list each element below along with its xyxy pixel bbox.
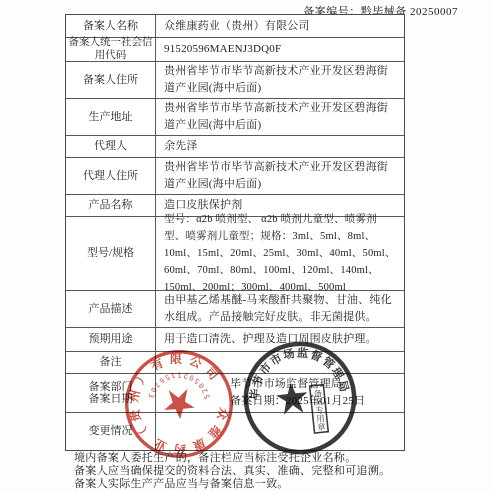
table-row-model-spec: 型号/规格 型号：α2b 喷剂型、 α2b 喷剂儿童型、喷雾剂型、喷雾剂儿童型；…	[66, 217, 404, 291]
table-row-agent-address: 代理人住所 贵州省毕节市毕节高新技术产业开发区碧海街道产业园(海中后面)	[66, 158, 404, 195]
registration-table: 备案人名称 众维康药业（贵州）有限公司 备案人统一社会信用代码 91520596…	[65, 14, 405, 451]
value-text: 众维康药业（贵州）有限公司	[164, 18, 398, 35]
value-text: 用于造口清洗、护理及造口周围皮肤护理。	[164, 331, 398, 348]
row-label: 备案人名称	[66, 15, 156, 37]
row-value	[156, 352, 404, 373]
footnotes: 境内备案人委托生产的，备注栏应当标注受托企业名称。 备案人应当确保提交的资料合法…	[74, 452, 474, 491]
table-row-intended-use: 预期用途 用于造口清洗、护理及造口周围皮肤护理。	[66, 328, 404, 352]
row-label: 代理人住所	[66, 158, 156, 194]
row-label: 生产地址	[66, 99, 156, 135]
row-label: 备案部门 备案日期	[66, 374, 156, 412]
value-text: 91520596MAENJ3DQ0F	[164, 41, 398, 58]
row-value: 众维康药业（贵州）有限公司	[156, 15, 404, 37]
row-label: 代理人	[66, 136, 156, 157]
row-label: 备案人统一社会信用代码	[66, 38, 156, 61]
table-row-filing-dept-date: 备案部门 备案日期 毕节市市场监督管理局 备案日期：2025年01月25日	[66, 374, 404, 413]
row-label: 备注	[66, 352, 156, 373]
value-text: 型号：α2b 喷剂型、 α2b 喷剂儿童型、喷雾剂型、喷雾剂儿童型；规格：3ml…	[164, 211, 398, 296]
value-text: 余先泽	[164, 138, 398, 155]
row-label: 型号/规格	[66, 217, 156, 290]
label-line: 备案日期	[89, 393, 133, 406]
footnote-line: 备案人应当确保提交的资料合法、真实、准确、完整和可追溯。	[74, 465, 474, 478]
footnote-line: 备案人实际生产产品应当与备案信息一致。	[74, 478, 474, 491]
row-value: 贵州省毕节市毕节高新技术产业开发区碧海街道产业园(海中后面)	[156, 158, 404, 194]
row-value	[156, 413, 404, 450]
value-text: 贵州省毕节市毕节高新技术产业开发区碧海街道产业园(海中后面)	[164, 159, 398, 193]
table-row-product-description: 产品描述 由甲基乙烯基醚-马来酸酐共聚物、甘油、纯化水组成。产品接触完好皮肤。非…	[66, 291, 404, 328]
row-value: 用于造口清洗、护理及造口周围皮肤护理。	[156, 328, 404, 351]
row-label: 产品名称	[66, 195, 156, 216]
filing-dept-text: 毕节市市场监督管理局	[164, 376, 398, 393]
label-line: 备案部门	[89, 381, 133, 394]
row-value: 余先泽	[156, 136, 404, 157]
table-row-agent: 代理人 余先泽	[66, 136, 404, 158]
row-value: 贵州省毕节市毕节高新技术产业开发区碧海街道产业园(海中后面)	[156, 62, 404, 98]
table-row-applicant-name: 备案人名称 众维康药业（贵州）有限公司	[66, 15, 404, 38]
filing-date-text: 备案日期：2025年01月25日	[164, 393, 398, 410]
row-label: 预期用途	[66, 328, 156, 351]
value-text: 贵州省毕节市毕节高新技术产业开发区碧海街道产业园(海中后面)	[164, 63, 398, 97]
value-text: 由甲基乙烯基醚-马来酸酐共聚物、甘油、纯化水组成。产品接触完好皮肤。非无菌提供。	[164, 292, 398, 326]
table-row-production-address: 生产地址 贵州省毕节市毕节高新技术产业开发区碧海街道产业园(海中后面)	[66, 99, 404, 136]
row-label: 产品描述	[66, 291, 156, 327]
row-label: 变更情况	[66, 413, 156, 450]
table-row-remarks: 备注	[66, 352, 404, 374]
footnote-line: 境内备案人委托生产的，备注栏应当标注受托企业名称。	[74, 452, 474, 465]
row-value: 型号：α2b 喷剂型、 α2b 喷剂儿童型、喷雾剂型、喷雾剂儿童型；规格：3ml…	[156, 217, 404, 290]
row-label: 备案人住所	[66, 62, 156, 98]
value-text: 贵州省毕节市毕节高新技术产业开发区碧海街道产业园(海中后面)	[164, 100, 398, 134]
row-value: 由甲基乙烯基醚-马来酸酐共聚物、甘油、纯化水组成。产品接触完好皮肤。非无菌提供。	[156, 291, 404, 327]
table-row-change-status: 变更情况	[66, 413, 404, 450]
row-value: 毕节市市场监督管理局 备案日期：2025年01月25日	[156, 374, 404, 412]
table-row-credit-code: 备案人统一社会信用代码 91520596MAENJ3DQ0F	[66, 38, 404, 62]
row-value: 贵州省毕节市毕节高新技术产业开发区碧海街道产业园(海中后面)	[156, 99, 404, 135]
row-value: 91520596MAENJ3DQ0F	[156, 38, 404, 61]
table-row-applicant-address: 备案人住所 贵州省毕节市毕节高新技术产业开发区碧海街道产业园(海中后面)	[66, 62, 404, 99]
